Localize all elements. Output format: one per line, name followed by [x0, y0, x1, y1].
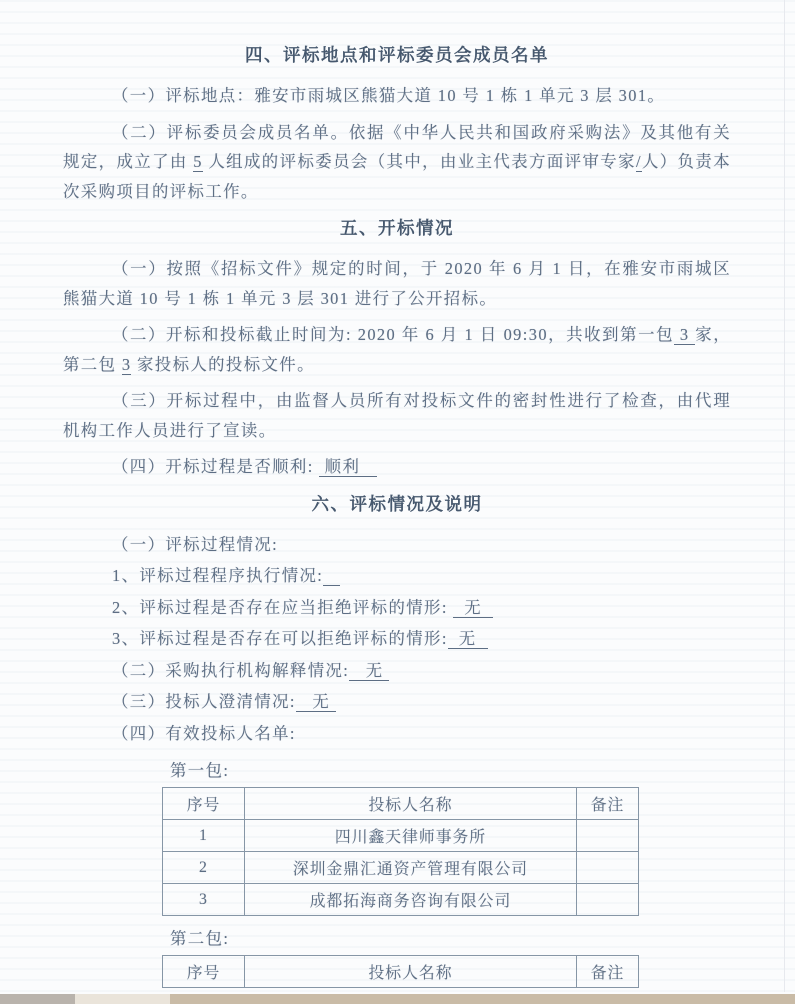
section5-heading: 五、开标情况 — [63, 215, 731, 241]
column-header: 序号 — [163, 788, 245, 820]
table-row: 2深圳金鼎汇通资产管理有限公司 — [163, 852, 639, 884]
underlined-value: 顺利 — [319, 457, 377, 477]
table-cell: 深圳金鼎汇通资产管理有限公司 — [245, 852, 577, 884]
item-may-reject: 3、评标过程是否存在可以拒绝评标的情形: 无 — [63, 624, 731, 654]
bidders-table-package1: 序号投标人名称备注1四川鑫天律师事务所2深圳金鼎汇通资产管理有限公司3成都拓海商… — [162, 787, 639, 916]
underlined-value: 3 — [674, 325, 695, 345]
column-header: 序号 — [163, 956, 245, 988]
text-run: （二）开标和投标截止时间为: 2020 年 6 月 1 日 09:30，共收到第… — [112, 325, 674, 344]
table-cell: 四川鑫天律师事务所 — [245, 820, 577, 852]
text-run: （四）有效投标人名单: — [112, 724, 296, 743]
bidders-table-package2: 序号投标人名称备注 — [162, 955, 639, 988]
para-bidder-clarification: （三）投标人澄清情况: 无 — [63, 687, 731, 717]
table-cell: 2 — [163, 852, 245, 884]
scanned-document-page: 四、评标地点和评标委员会成员名单 （一）评标地点：雅安市雨城区熊猫大道 10 号… — [0, 0, 795, 1004]
scanner-bed-strip — [0, 994, 795, 1004]
table-cell: 成都拓海商务咨询有限公司 — [245, 884, 577, 916]
scanner-bed-segment — [0, 994, 75, 1004]
column-header: 备注 — [577, 956, 639, 988]
section4-heading: 四、评标地点和评标委员会成员名单 — [63, 42, 731, 68]
table-header-row: 序号投标人名称备注 — [163, 956, 639, 988]
text-run: 人组成的评标委员会（其中，由业主代表方面评审专家 — [203, 152, 636, 171]
para-evaluation-committee: （二）评标委员会成员名单。依据《中华人民共和国政府采购法》及其他有关规定，成立了… — [63, 118, 731, 207]
column-header: 投标人名称 — [245, 788, 577, 820]
para-public-bid-opening: （一）按照《招标文件》规定的时间，于 2020 年 6 月 1 日，在雅安市雨城… — [63, 254, 731, 313]
table-cell — [577, 884, 639, 916]
table-cell: 3 — [163, 884, 245, 916]
package1-label: 第一包: — [170, 757, 731, 781]
para-bid-evaluation-location: （一）评标地点：雅安市雨城区熊猫大道 10 号 1 栋 1 单元 3 层 301… — [63, 81, 731, 111]
text-run: 3、评标过程是否存在可以拒绝评标的情形: — [112, 629, 448, 648]
underlined-value: 无 — [453, 598, 493, 618]
text-run: （一）评标地点：雅安市雨城区熊猫大道 10 号 1 栋 1 单元 3 层 301… — [112, 86, 665, 105]
text-run: （三）投标人澄清情况: — [112, 692, 296, 711]
table-header-row: 序号投标人名称备注 — [163, 788, 639, 820]
item-procedure-execution: 1、评标过程程序执行情况: — [63, 561, 731, 591]
underlined-value — [323, 566, 340, 586]
text-run: （三）开标过程中，由监督人员所有对投标文件的密封性进行了检查，由代理机构工作人员… — [63, 391, 731, 440]
package2-label: 第二包: — [170, 925, 731, 949]
underlined-value: 无 — [448, 629, 488, 649]
underlined-value: 5 — [193, 152, 203, 172]
item-should-reject: 2、评标过程是否存在应当拒绝评标的情形: 无 — [63, 593, 731, 623]
text-run: （一）评标过程情况: — [112, 535, 278, 554]
text-run: （一）按照《招标文件》规定的时间，于 2020 年 6 月 1 日，在雅安市雨城… — [63, 259, 731, 308]
scanner-bed-segment — [75, 994, 170, 1004]
para-evaluation-process: （一）评标过程情况: — [63, 530, 731, 560]
table-cell — [577, 820, 639, 852]
text-run: 2、评标过程是否存在应当拒绝评标的情形: — [112, 598, 453, 617]
table-cell: 1 — [163, 820, 245, 852]
text-run: 家投标人的投标文件。 — [131, 355, 314, 374]
column-header: 投标人名称 — [245, 956, 577, 988]
text-run: （二）采购执行机构解释情况: — [112, 661, 349, 680]
section6-heading: 六、评标情况及说明 — [63, 491, 731, 517]
underlined-value: 无 — [296, 692, 336, 712]
scanner-bed-segment — [170, 994, 795, 1004]
scan-edge-line — [784, 0, 785, 992]
para-bid-deadline: （二）开标和投标截止时间为: 2020 年 6 月 1 日 09:30，共收到第… — [63, 320, 731, 379]
para-valid-bidders-list: （四）有效投标人名单: — [63, 719, 731, 749]
underlined-value: 无 — [349, 661, 389, 681]
para-agency-explanation: （二）采购执行机构解释情况: 无 — [63, 656, 731, 686]
table-cell — [577, 852, 639, 884]
document-content: 四、评标地点和评标委员会成员名单 （一）评标地点：雅安市雨城区熊猫大道 10 号… — [63, 42, 731, 988]
para-seal-check: （三）开标过程中，由监督人员所有对投标文件的密封性进行了检查，由代理机构工作人员… — [63, 386, 731, 445]
text-run: 1、评标过程程序执行情况: — [112, 566, 323, 585]
text-run: （四）开标过程是否顺利: — [112, 457, 319, 476]
table-row: 3成都拓海商务咨询有限公司 — [163, 884, 639, 916]
column-header: 备注 — [577, 788, 639, 820]
para-opening-smooth: （四）开标过程是否顺利: 顺利 — [63, 452, 731, 482]
table-row: 1四川鑫天律师事务所 — [163, 820, 639, 852]
